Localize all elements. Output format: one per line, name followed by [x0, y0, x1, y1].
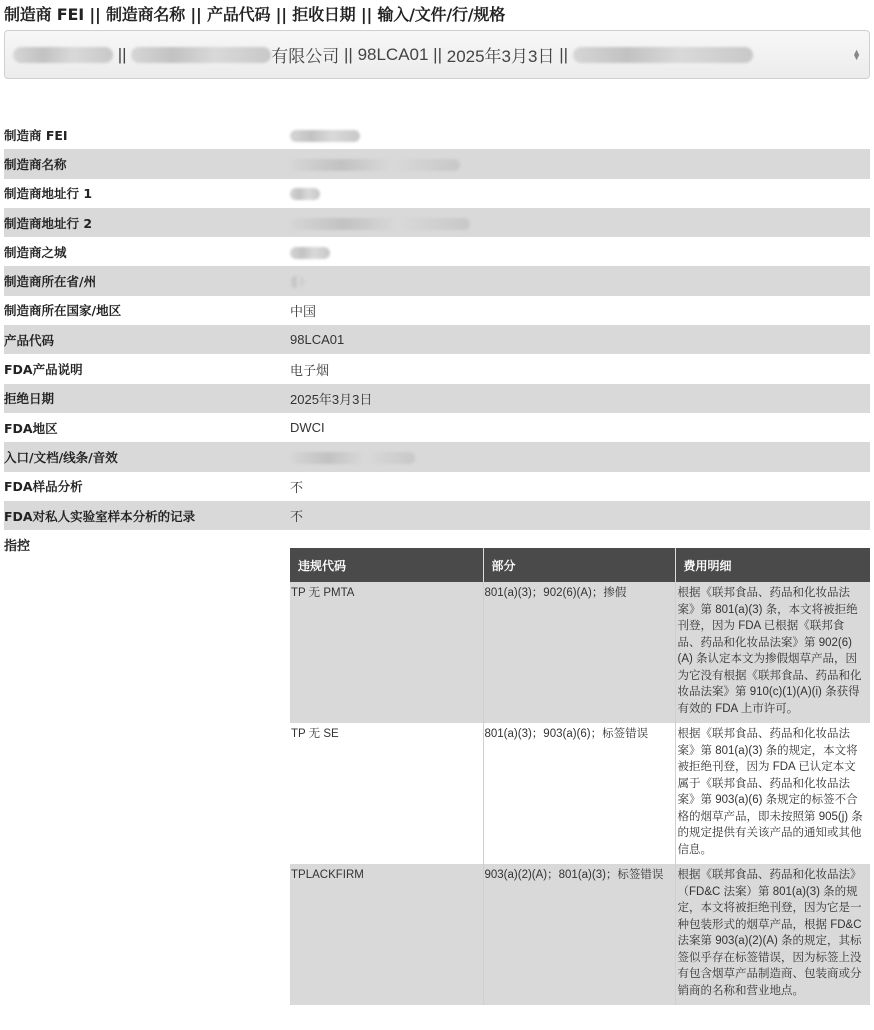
redacted-value: [290, 159, 460, 171]
select-separator-3: ||: [428, 45, 446, 65]
detail-list: 制造商 FEI制造商名称制造商地址行 1制造商地址行 2制造商之城制造商所在省/…: [4, 120, 870, 530]
detail-label: FDA产品说明: [4, 360, 286, 378]
detail-value: [286, 186, 320, 201]
detail-row: 产品代码98LCA01: [4, 325, 870, 354]
redacted-value: [290, 452, 415, 464]
detail-label: 入口/文档/线条/音效: [4, 448, 286, 466]
detail-value: [286, 127, 360, 142]
detail-label: 拒绝日期: [4, 389, 286, 407]
detail-label: 产品代码: [4, 331, 286, 349]
redacted-value: [290, 218, 470, 230]
detail-label: 制造商地址行 2: [4, 214, 286, 232]
detail-value: [286, 215, 470, 230]
redacted-entry: [573, 47, 753, 63]
charge-row: TP 无 SE801(a)(3)；903(a)(6)；标签错误根据《联邦食品、药…: [290, 723, 870, 864]
charge-row: TP 无 PMTA801(a)(3)；902(6)(A)；掺假根据《联邦食品、药…: [290, 582, 870, 723]
detail-value: 不: [286, 506, 303, 525]
detail-value: 电子烟: [286, 360, 329, 379]
column-header-code: 违规代码: [290, 548, 483, 582]
detail-label: FDA样品分析: [4, 477, 286, 495]
detail-value: 中国: [286, 301, 316, 320]
detail-row: FDA对私人实验室样本分析的记录不: [4, 501, 870, 530]
detail-value: 98LCA01: [286, 332, 344, 347]
detail-row: 制造商所在国家/地区中国: [4, 296, 870, 325]
charge-section: 801(a)(3)；903(a)(6)；标签错误: [483, 723, 675, 864]
charges-header-row: 违规代码 部分 费用明细: [290, 548, 870, 582]
redacted-value: [290, 276, 304, 288]
detail-label: 制造商名称: [4, 155, 286, 173]
charge-code: TPLACKFIRM: [290, 864, 483, 1005]
detail-label: 制造商之城: [4, 243, 286, 261]
charge-section: 903(a)(2)(A)；801(a)(3)；标签错误: [483, 864, 675, 1005]
detail-value: [286, 449, 415, 464]
detail-row: FDA地区DWCI: [4, 413, 870, 442]
charge-section: 801(a)(3)；902(6)(A)；掺假: [483, 582, 675, 723]
detail-row: 拒绝日期2025年3月3日: [4, 384, 870, 413]
page-heading: 制造商 FEI || 制造商名称 || 产品代码 || 拒收日期 || 输入/文…: [4, 2, 505, 25]
detail-label: 制造商地址行 1: [4, 184, 286, 202]
select-product-code: 98LCA01: [358, 45, 429, 65]
detail-row: 制造商名称: [4, 149, 870, 178]
select-separator-2: ||: [339, 45, 357, 65]
updown-arrow-icon: ▲▼: [852, 50, 861, 60]
select-separator-1: ||: [113, 45, 131, 65]
detail-row: 制造商所在省/州: [4, 266, 870, 295]
charge-row: TPLACKFIRM903(a)(2)(A)；801(a)(3)；标签错误根据《…: [290, 864, 870, 1005]
detail-row: 入口/文档/线条/音效: [4, 442, 870, 471]
select-name-suffix: 有限公司: [271, 42, 339, 67]
column-header-section: 部分: [483, 548, 675, 582]
record-select[interactable]: || 有限公司 || 98LCA01 || 2025年3月3日 || ▲▼: [4, 30, 870, 79]
redacted-value: [290, 188, 320, 200]
detail-value: [286, 156, 460, 171]
charges-table: 违规代码 部分 费用明细 TP 无 PMTA801(a)(3)；902(6)(A…: [290, 548, 870, 1005]
detail-value: [286, 274, 304, 289]
column-header-detail: 费用明细: [675, 548, 870, 582]
detail-label: 制造商 FEI: [4, 126, 286, 144]
detail-row: 制造商地址行 1: [4, 179, 870, 208]
detail-row: 制造商之城: [4, 237, 870, 266]
charge-code: TP 无 PMTA: [290, 582, 483, 723]
detail-row: FDA产品说明电子烟: [4, 354, 870, 383]
charges-label: 指控: [4, 535, 30, 554]
detail-row: FDA样品分析不: [4, 472, 870, 501]
redacted-manufacturer-name: [131, 47, 271, 63]
detail-value: 不: [286, 477, 303, 496]
charge-detail: 根据《联邦食品、药品和化妆品法案》第 801(a)(3) 条的规定，本文将被拒绝…: [675, 723, 870, 864]
redacted-fei: [13, 47, 113, 63]
select-date: 2025年3月3日: [447, 42, 555, 67]
charge-code: TP 无 SE: [290, 723, 483, 864]
detail-value: DWCI: [286, 420, 325, 435]
detail-row: 制造商地址行 2: [4, 208, 870, 237]
detail-row: 制造商 FEI: [4, 120, 870, 149]
detail-label: 制造商所在省/州: [4, 272, 286, 290]
charge-detail: 根据《联邦食品、药品和化妆品法》（FD&C 法案）第 801(a)(3) 条的规…: [675, 864, 870, 1005]
detail-label: FDA对私人实验室样本分析的记录: [4, 507, 286, 525]
detail-value: 2025年3月3日: [286, 389, 372, 408]
select-separator-4: ||: [554, 45, 572, 65]
redacted-value: [290, 247, 330, 259]
detail-label: 制造商所在国家/地区: [4, 301, 286, 319]
charge-detail: 根据《联邦食品、药品和化妆品法案》第 801(a)(3) 条，本文将被拒绝刊登，…: [675, 582, 870, 723]
detail-value: [286, 244, 330, 259]
redacted-value: [290, 130, 360, 142]
detail-label: FDA地区: [4, 419, 286, 437]
